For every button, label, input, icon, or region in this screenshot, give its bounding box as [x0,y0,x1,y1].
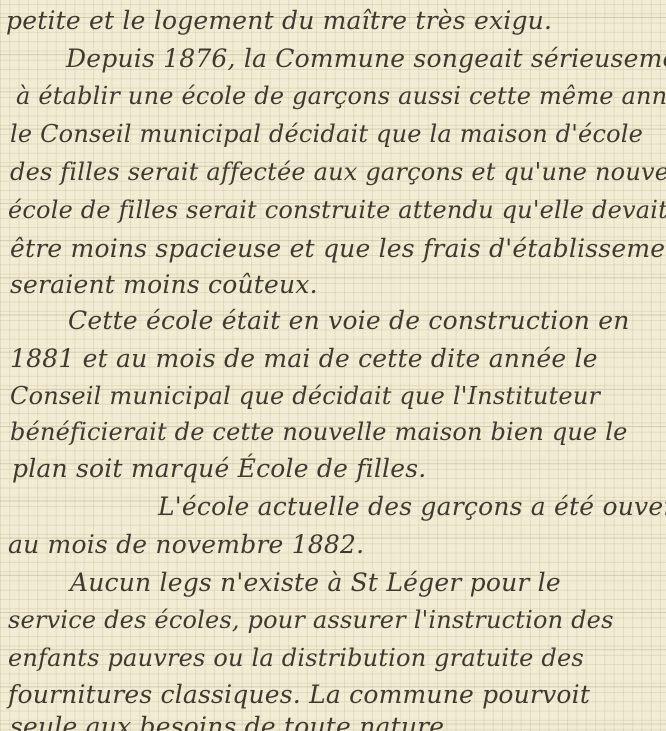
text-line: seule aux besoins de toute nature. [10,714,452,731]
text-line: au mois de novembre 1882. [8,532,364,557]
paragraph-start-line: Aucun legs n'existe à St Léger pour le [70,570,561,595]
paragraph-start-line: Depuis 1876, la Commune songeait sérieus… [66,46,666,71]
text-line: enfants pauvres ou la distribution gratu… [8,646,584,670]
text-line: plan soit marqué École de filles. [12,456,426,481]
text-line: fournitures classiques. La commune pourv… [8,682,590,707]
text-line: le Conseil municipal décidait que la mai… [10,122,643,146]
text-line: à établir une école de garçons aussi cet… [16,84,666,108]
text-line: 1881 et au mois de mai de cette dite ann… [10,346,598,371]
text-line: école de filles serait construite attend… [8,198,666,222]
text-line: seraient moins coûteux. [10,272,318,297]
text-line: service des écoles, pour assurer l'instr… [8,608,614,632]
paragraph-start-line: Cette école était en voie de constructio… [68,308,630,333]
text-line: Conseil municipal que décidait que l'Ins… [10,384,600,408]
text-line: être moins spacieuse et que les frais d'… [10,236,666,261]
text-line: bénéficierait de cette nouvelle maison b… [10,420,628,444]
handwritten-page: petite et le logement du maître très exi… [0,0,666,731]
text-line: des filles serait affectée aux garçons e… [10,160,666,184]
paragraph-start-line: L'école actuelle des garçons a été ouver… [158,494,666,519]
text-line: petite et le logement du maître très exi… [6,8,552,33]
